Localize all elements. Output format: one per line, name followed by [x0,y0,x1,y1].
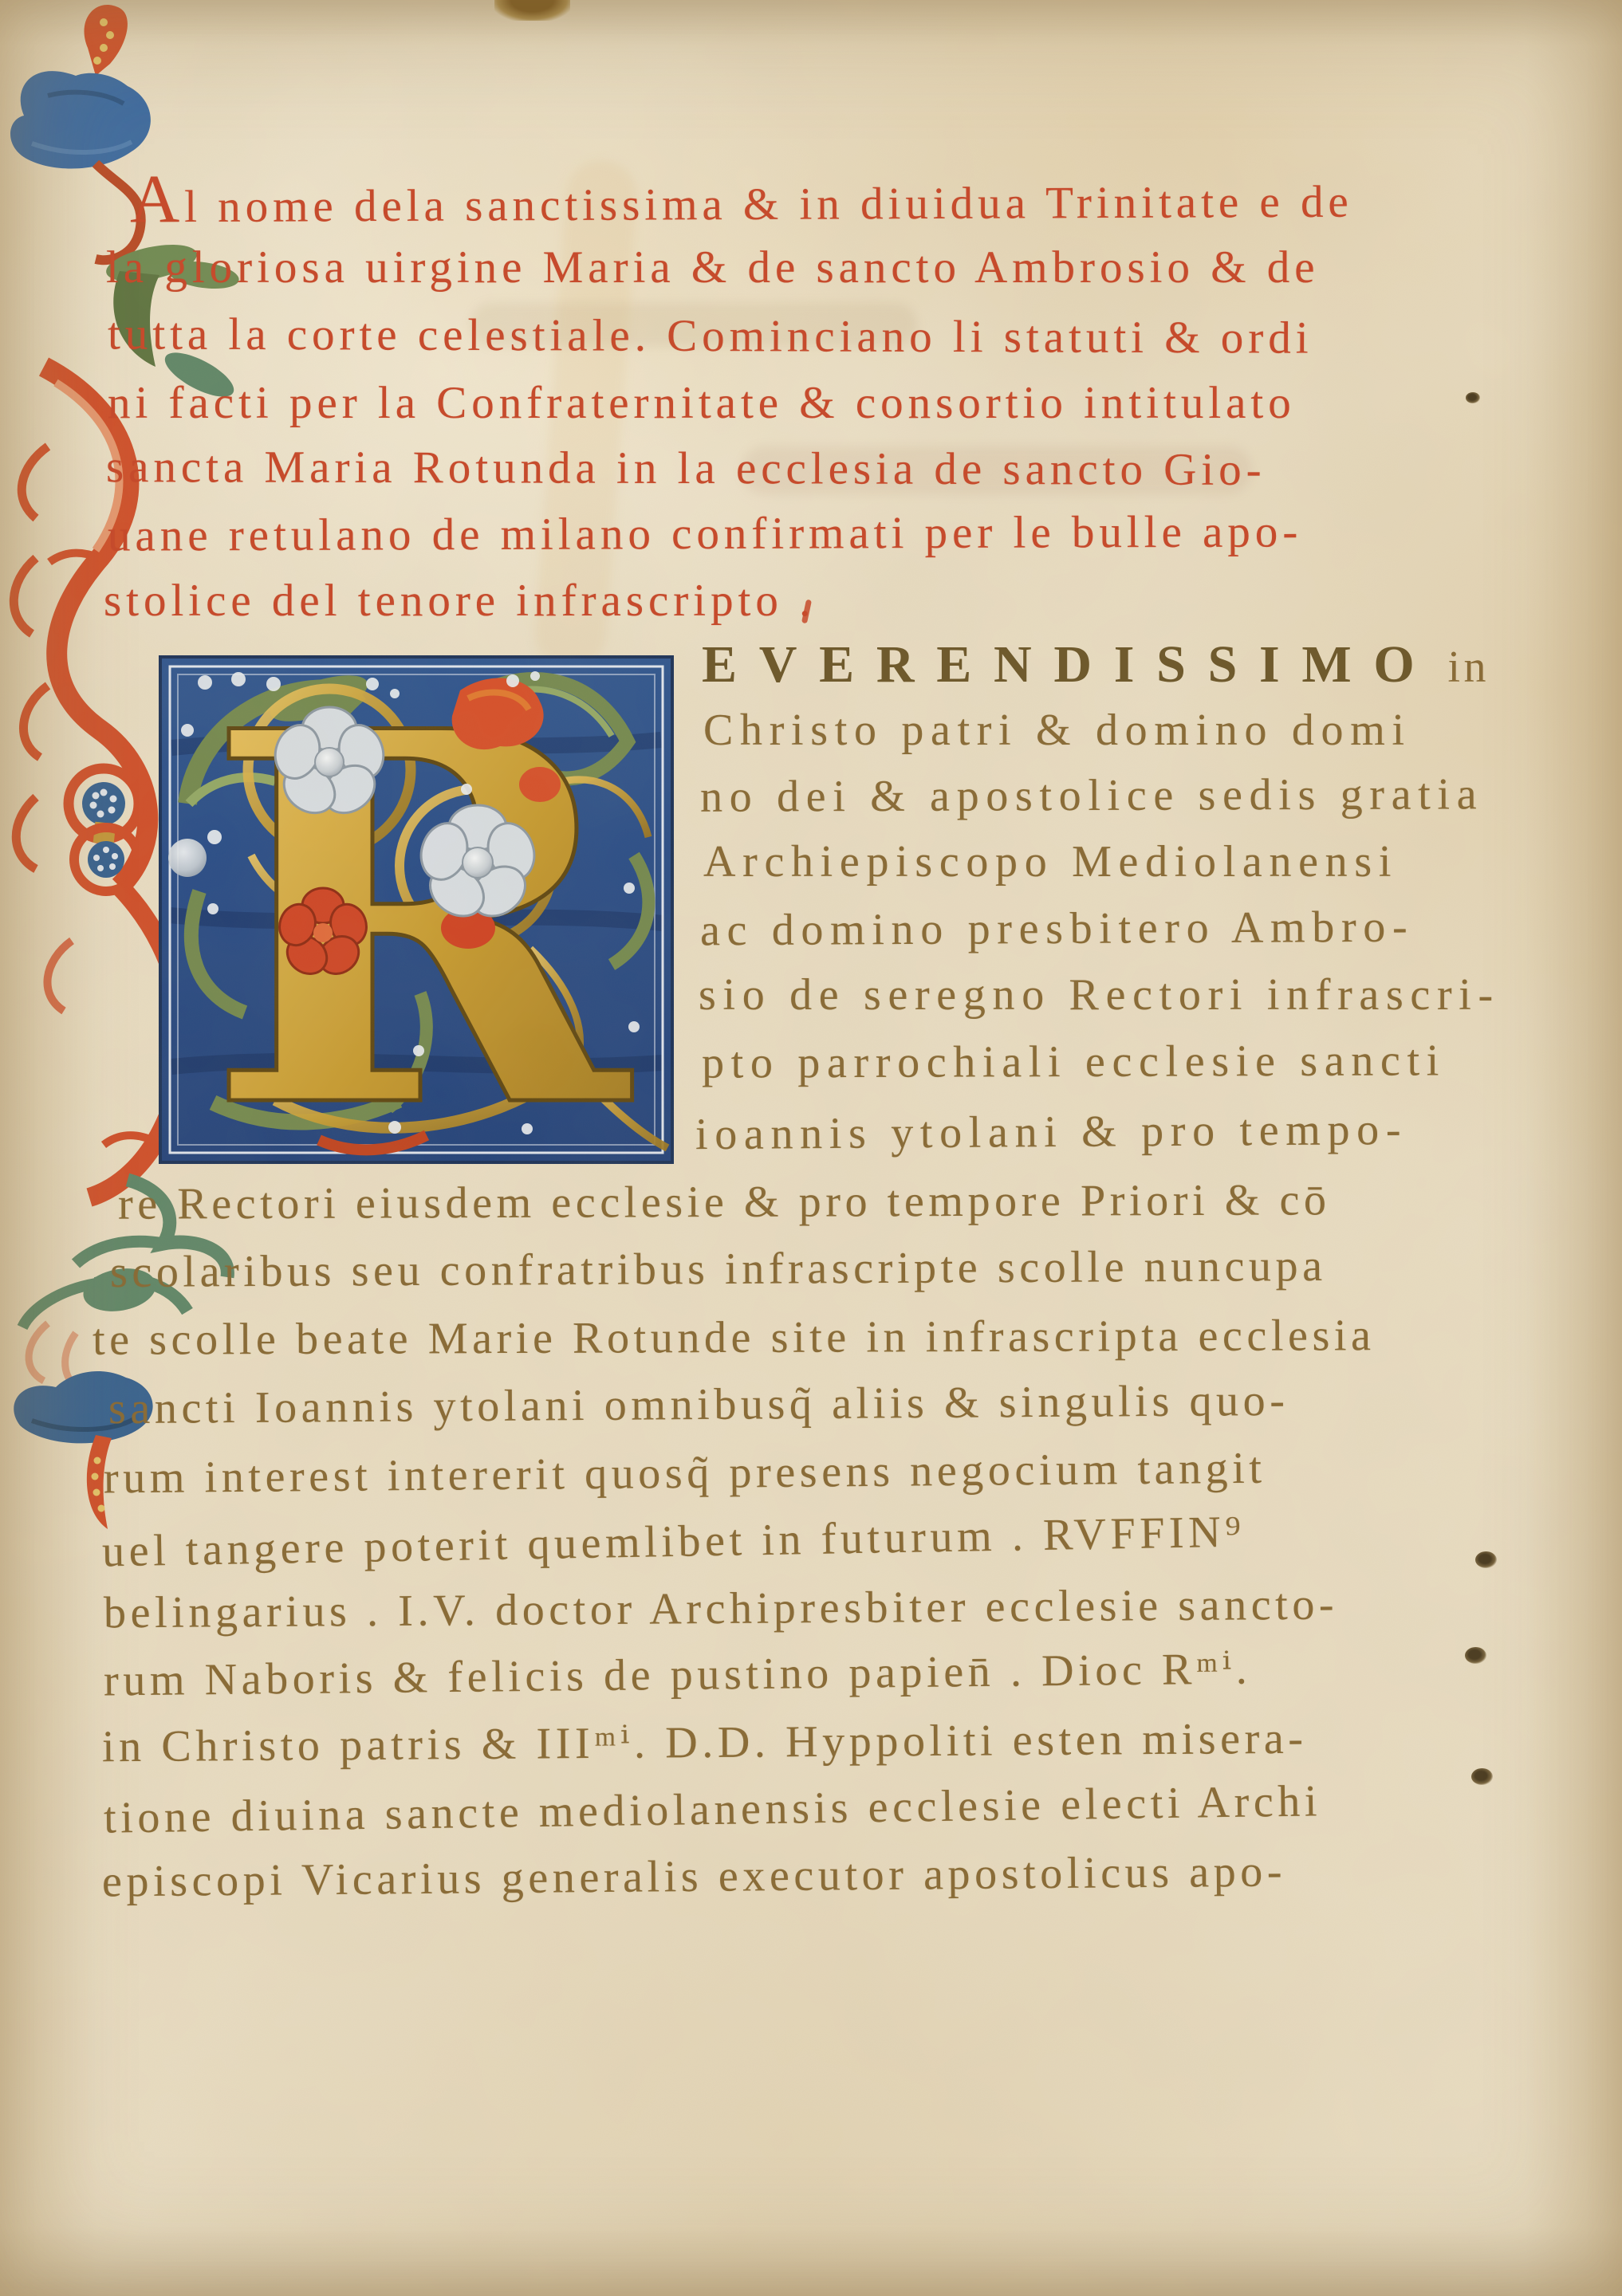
body-line: te scolle beate Marie Rotunde site in in… [93,1313,1376,1362]
body-line: rum Naboris & felicis de pustino papien̄… [104,1646,1252,1703]
rubric-line: stolice del tenore infrascripto . [104,578,815,623]
rubric-line: tutta la corte celestiale. Cominciano li… [108,311,1313,360]
initial-letter: R [205,652,636,1167]
parchment-edge-notch [494,0,570,21]
body-line: in Christo patris & IIIᵐⁱ. D.D. Hyppolit… [102,1716,1308,1770]
body-line: belingarius . I.V. doctor Archipresbiter… [104,1582,1339,1636]
body-line: ac domino presbitero Ambro- [700,905,1415,953]
body-line: re Rectori eiusdem ecclesie & pro tempor… [118,1177,1331,1226]
body-line: no dei & apostolice sedis gratia [700,772,1483,819]
body-line: Christo patri & domino domi [703,708,1411,753]
body-line: pto parrochiali ecclesie sancti [702,1038,1446,1085]
parchment-hole [1475,1551,1497,1568]
manuscript-page: Al nome dela sanctissima & in diuidua Tr… [0,0,1622,2296]
rubric-line: la gloriosa uirgine Maria & de sancto Am… [106,245,1320,290]
parchment-hole [1471,1768,1493,1785]
body-line: sancti Ioannis ytolani omnibusq̃ aliis &… [108,1378,1289,1431]
body-line: scolaribus seu confratribus infrascripte… [110,1244,1327,1295]
body-opening-line: EVERENDISSIMOin [702,635,1490,695]
illuminated-initial-R: R [156,652,677,1167]
body-line: ioannis ytolani & pro tempo- [695,1107,1408,1157]
body-line: rum interest intererit quosq̃ presens ne… [104,1446,1266,1501]
parchment-hole [1466,392,1480,403]
blue-flower-icon [10,5,151,168]
parchment-hole [1465,1647,1486,1664]
body-line: Archiepiscopo Mediolanensi [703,839,1398,884]
rubric-line: sancta Maria Rotunda in la ecclesia de s… [106,444,1266,493]
body-line: tione diuina sancte mediolanensis eccles… [104,1779,1322,1840]
body-line: uel tangere poterit quemlibet in futurum… [102,1509,1246,1574]
opening-capitals: EVERENDISSIMO [702,635,1437,694]
rubric-line: Al nome dela sanctissima & in diuidua Tr… [130,167,1353,230]
body-line: sio de seregno Rectori infrascri- [699,973,1500,1017]
rubric-line: uane retulano de milano confirmati per l… [108,509,1302,558]
opening-suffix: in [1448,643,1490,692]
rubric-line: ni facti per la Confraternitate & consor… [108,380,1296,426]
body-line: episcopi Vicarius generalis executor apo… [102,1850,1287,1905]
